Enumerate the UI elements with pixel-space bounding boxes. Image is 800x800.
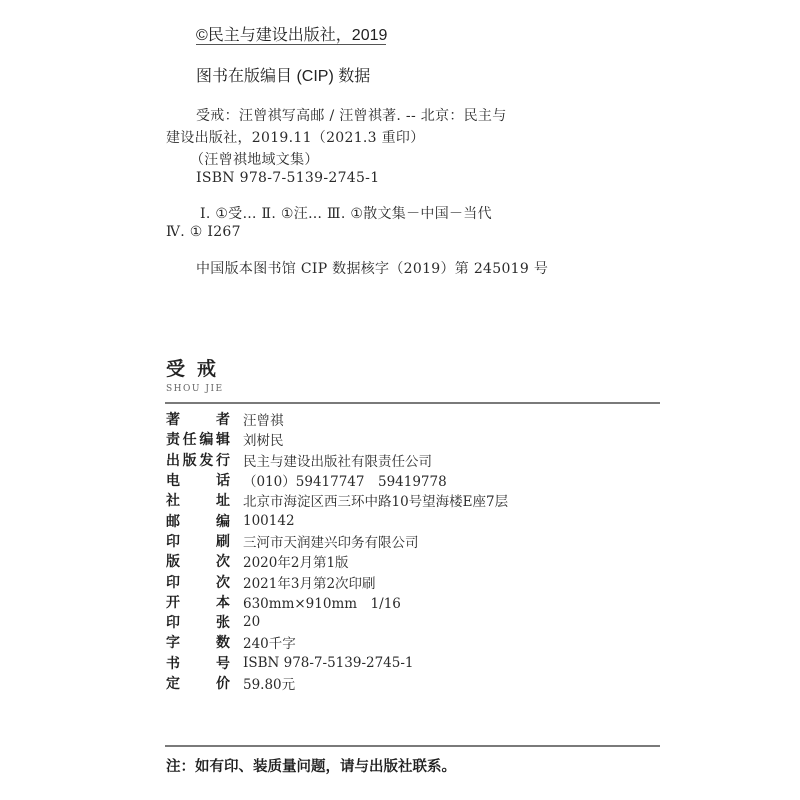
info-label-char: 数 [216,632,230,652]
info-label-char: 行 [216,450,230,470]
info-row: 印次2021年3月第2次印刷 [166,571,660,591]
info-label-char: 发 [199,450,213,470]
cip-line-isbn: ISBN 978-7-5139-2745-1 [196,170,379,186]
info-label-char: 著 [166,409,180,429]
info-label: 印张 [166,612,230,632]
info-label-char: 次 [216,572,230,592]
cip-line-record-number: 中国版本图书馆 CIP 数据核字（2019）第 245019 号 [196,258,548,278]
info-value: 民主与建设出版社有限责任公司 [243,450,432,470]
info-row: 定价59.80元 [166,673,660,693]
info-label-char: 辑 [216,429,230,449]
cip-line-publisher: 建设出版社，2019.11（2021.3 重印） [166,127,425,147]
info-label-char: 编 [216,511,230,531]
info-label-char: 编 [199,429,213,449]
info-value: 汪曾祺 [243,409,284,429]
divider-bottom [165,745,660,747]
cip-heading: 图书在版编目 (CIP) 数据 [196,63,370,86]
cip-line-classification: Ⅳ. ① I267 [166,224,241,240]
info-label-char: 印 [166,612,180,632]
quality-note: 注：如有印、装质量问题，请与出版社联系。 [166,755,456,776]
info-value: 2021年3月第2次印刷 [243,572,376,592]
info-value: 刘树民 [243,429,284,449]
info-row: 电话（010）59417747 59419778 [166,470,660,490]
info-label-char: 书 [166,653,180,673]
info-value: 三河市天润建兴印务有限公司 [243,531,419,551]
info-label-char: 邮 [166,511,180,531]
info-value: 100142 [243,513,295,529]
info-label-char: 版 [166,551,180,571]
publication-info-table: 著者汪曾祺责任编辑刘树民出版发行民主与建设出版社有限责任公司电话（010）594… [166,409,660,693]
info-row: 著者汪曾祺 [166,409,660,429]
info-value: （010）59417747 59419778 [243,470,447,490]
copyright-underline [196,44,386,45]
info-label-char: 责 [166,429,180,449]
info-row: 社址北京市海淀区西三环中路10号望海楼E座7层 [166,490,660,510]
info-label: 社址 [166,490,230,510]
info-row: 印张20 [166,612,660,632]
info-label: 书号 [166,653,230,673]
info-value: ISBN 978-7-5139-2745-1 [243,655,414,671]
info-label-char: 开 [166,592,180,612]
info-label-char: 出 [166,450,180,470]
info-label-char: 价 [216,673,230,693]
info-label-char: 社 [166,490,180,510]
info-label-char: 话 [216,470,230,490]
info-value: 北京市海淀区西三环中路10号望海楼E座7层 [243,490,508,510]
copyright-notice: ©民主与建设出版社，2019 [196,22,387,45]
info-label: 定价 [166,673,230,693]
book-title: 受戒 [166,354,228,381]
info-label: 字数 [166,632,230,652]
info-label-char: 张 [216,612,230,632]
info-row: 开本630mm×910mm 1/16 [166,592,660,612]
info-label-char: 址 [216,490,230,510]
info-row: 邮编100142 [166,510,660,530]
info-row: 责任编辑刘树民 [166,429,660,449]
info-label-char: 电 [166,470,180,490]
info-label: 印刷 [166,531,230,551]
divider-top [165,402,660,404]
info-value: 59.80元 [243,673,295,693]
info-value: 240千字 [243,632,296,652]
info-label: 开本 [166,592,230,612]
cip-line-series: （汪曾祺地域文集） [190,149,319,169]
info-label-char: 任 [183,429,197,449]
info-label-char: 刷 [216,531,230,551]
info-row: 书号ISBN 978-7-5139-2745-1 [166,653,660,673]
info-label-char: 次 [216,551,230,571]
info-label: 印次 [166,572,230,592]
info-value: 2020年2月第1版 [243,551,349,571]
info-label-char: 字 [166,632,180,652]
info-row: 版次2020年2月第1版 [166,551,660,571]
cip-line-subjects: Ⅰ. ①受… Ⅱ. ①汪… Ⅲ. ①散文集－中国－当代 [200,203,492,223]
info-label-char: 本 [216,592,230,612]
info-label: 著者 [166,409,230,429]
book-title-pinyin: SHOU JIE [166,384,224,394]
cip-line-title-author: 受戒：汪曾祺写高邮 / 汪曾祺著. -- 北京：民主与 [196,105,507,125]
info-value: 20 [243,614,260,630]
info-label-char: 印 [166,531,180,551]
info-label-char: 定 [166,673,180,693]
info-label-char: 版 [183,450,197,470]
info-row: 字数240千字 [166,632,660,652]
info-label: 电话 [166,470,230,490]
info-label: 邮编 [166,511,230,531]
info-label-char: 者 [216,409,230,429]
info-value: 630mm×910mm 1/16 [243,592,401,612]
info-label: 版次 [166,551,230,571]
info-label: 出版发行 [166,450,230,470]
info-row: 印刷三河市天润建兴印务有限公司 [166,531,660,551]
info-label-char: 印 [166,572,180,592]
info-row: 出版发行民主与建设出版社有限责任公司 [166,450,660,470]
info-label: 责任编辑 [166,429,230,449]
info-label-char: 号 [216,653,230,673]
